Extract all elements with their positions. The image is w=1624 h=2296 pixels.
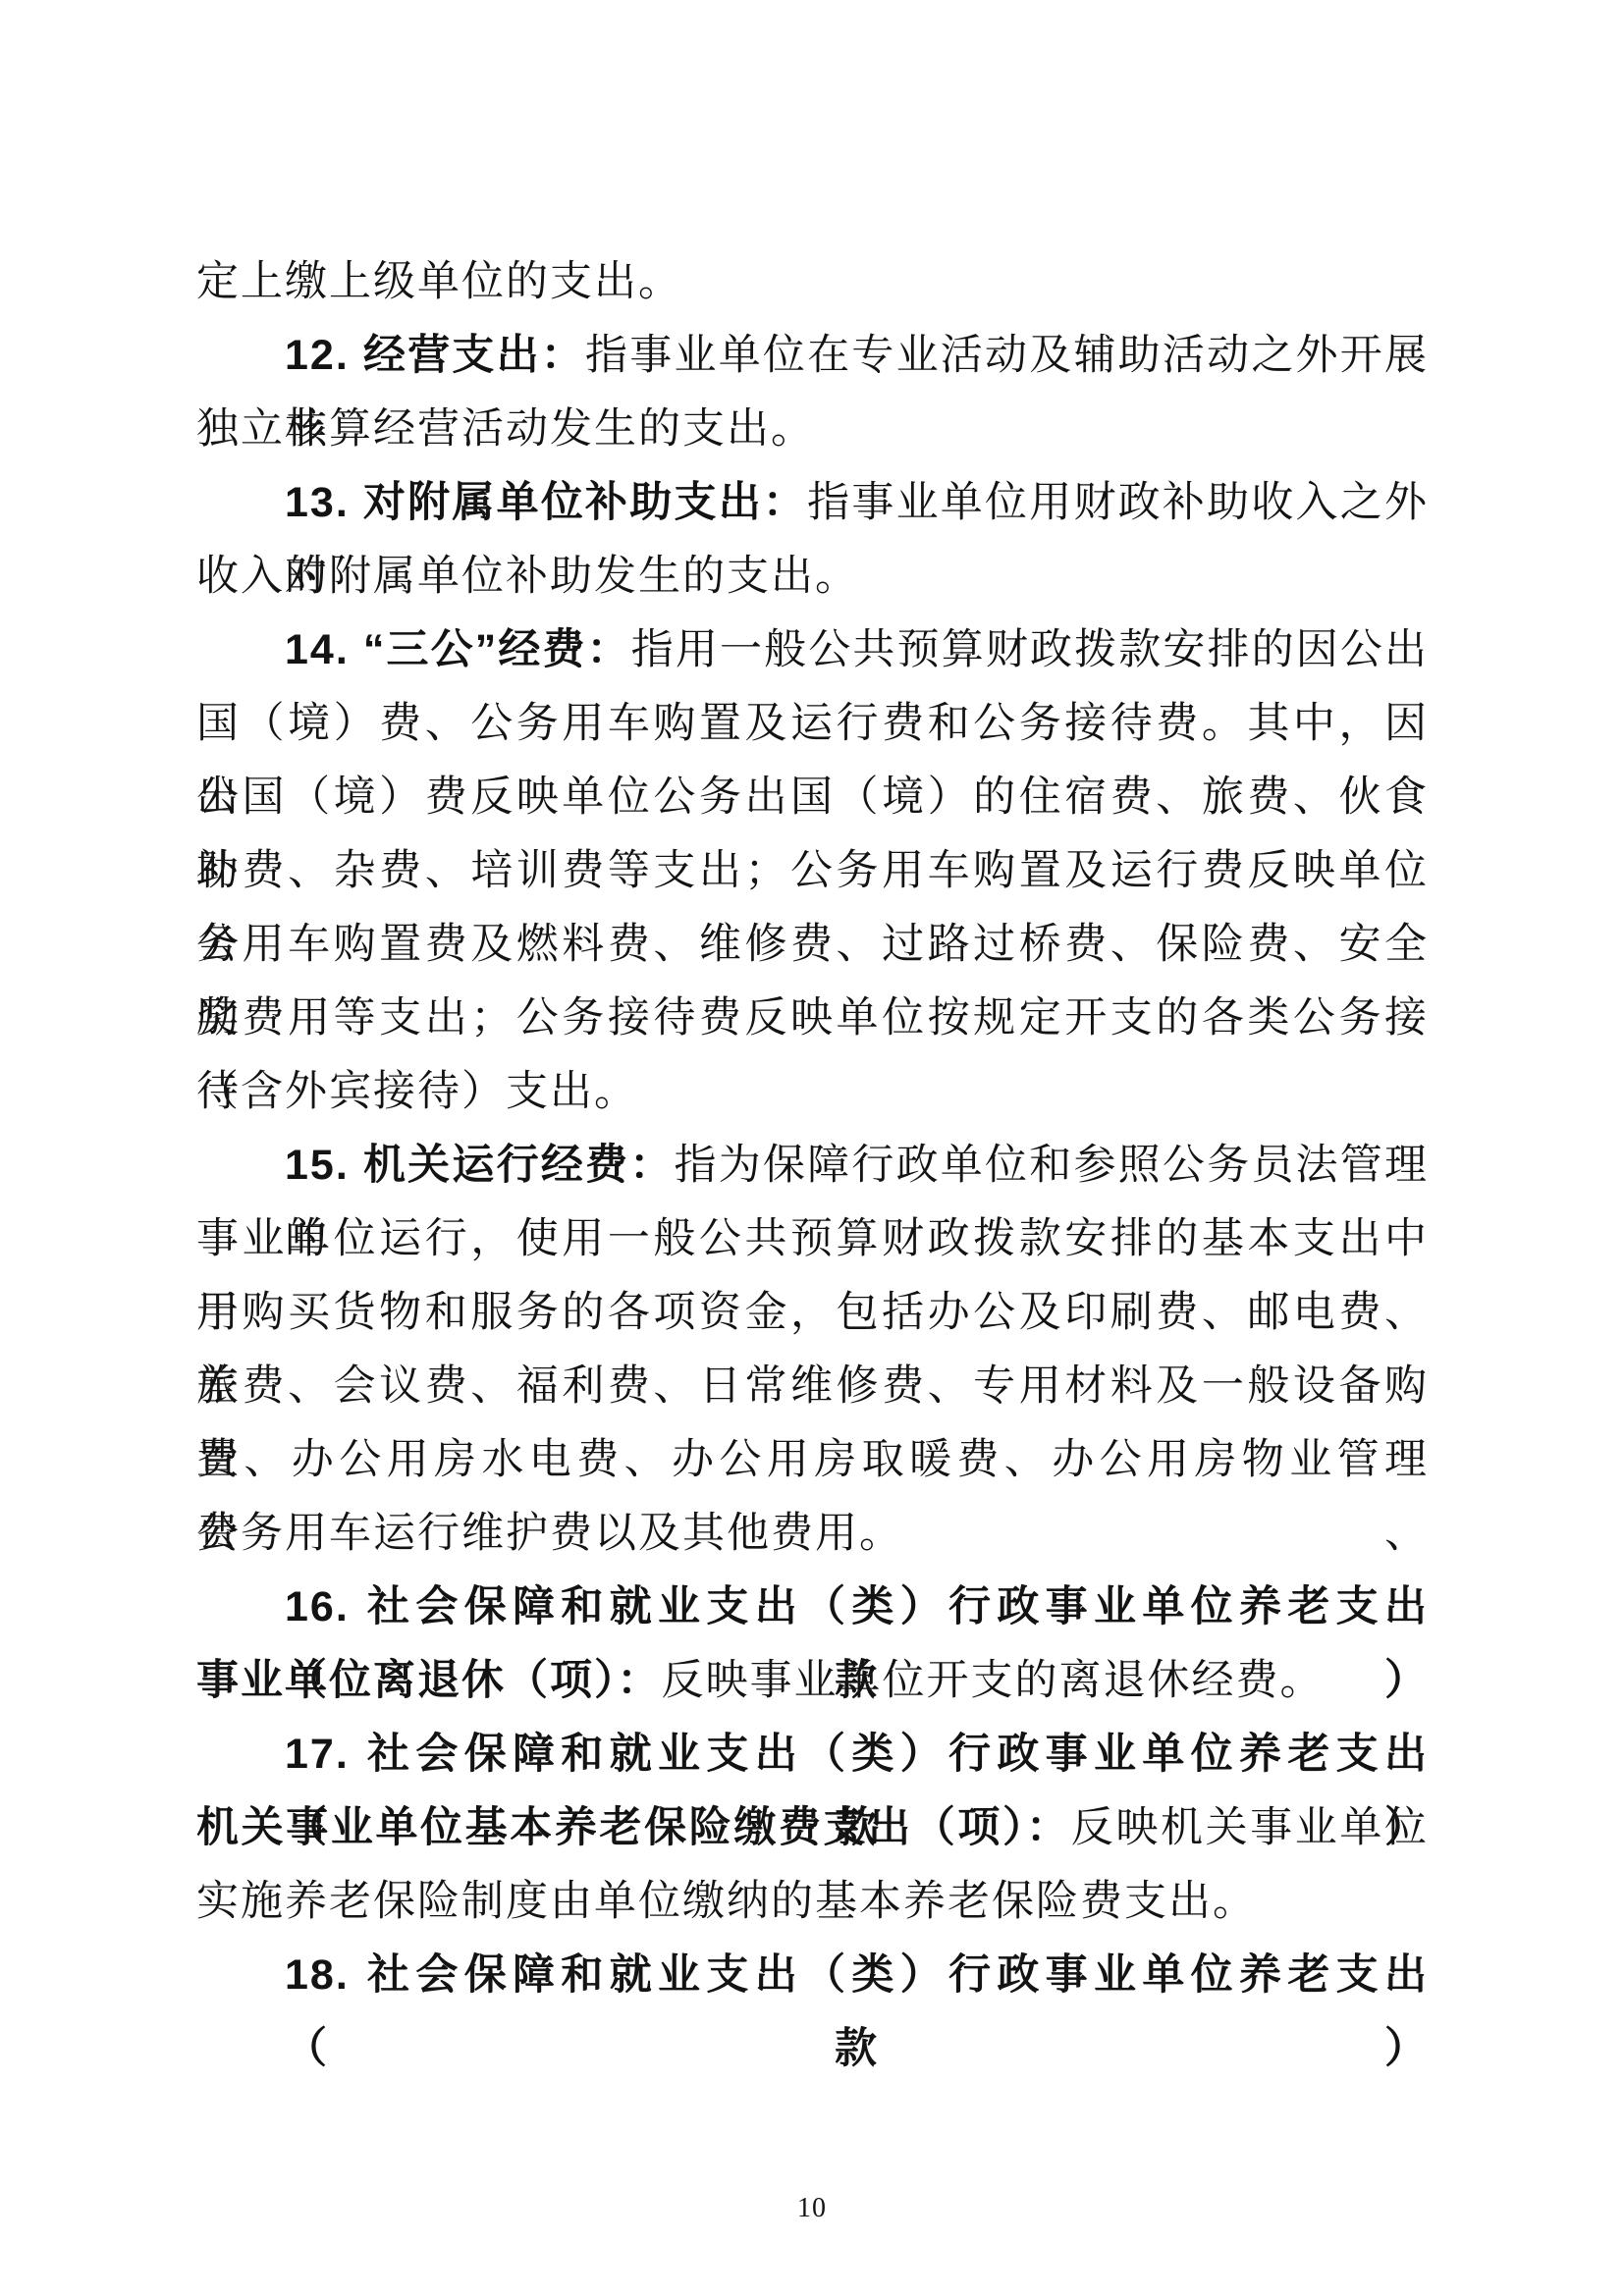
text-line: 助费、杂费、培训费等支出；公务用车购置及运行费反映单位公 — [196, 834, 1429, 908]
text-line: 机关事业单位基本养老保险缴费支出（项）：反映机关事业单位 — [196, 1791, 1429, 1865]
text-line: 旅费、会议费、福利费、日常维修费、专用材料及一般设备购置 — [196, 1350, 1429, 1423]
body-text: 收入对附属单位补助发生的支出。 — [196, 554, 859, 600]
text-line: 务用车购置费及燃料费、维修费、过路过桥费、保险费、安全奖 — [196, 908, 1429, 982]
text-line: 实施养老保险制度由单位缴纳的基本养老保险费支出。 — [196, 1865, 1429, 1939]
text-line: 16. 社会保障和就业支出（类）行政事业单位养老支出（款） — [196, 1571, 1429, 1644]
body-text: 指用一般公共预算财政拨款安排的因公出 — [631, 627, 1429, 673]
body-text: 定上缴上级单位的支出。 — [196, 259, 682, 305]
term-heading-text: 18. 社会保障和就业支出（类）行政事业单位养老支出（款） — [285, 1951, 1429, 2072]
body-text: 反映事业单位开支的离退休经费。 — [662, 1658, 1325, 1704]
text-block: 定上缴上级单位的支出。12. 经营支出：指事业单位在专业活动及辅助活动之外开展非… — [196, 245, 1429, 2012]
text-line: 励费用等支出；公务接待费反映单位按规定开支的各类公务接待 — [196, 982, 1429, 1055]
text-line: 事业单位运行，使用一般公共预算财政拨款安排的基本支出中用 — [196, 1202, 1429, 1276]
body-text: 反映机关事业单位 — [1071, 1805, 1429, 1851]
text-line: 14. “三公”经费：指用一般公共预算财政拨款安排的因公出 — [196, 614, 1429, 687]
text-line: 定上缴上级单位的支出。 — [196, 245, 1429, 319]
text-line: 于购买货物和服务的各项资金，包括办公及印刷费、邮电费、差 — [196, 1276, 1429, 1350]
body-text: 实施养老保险制度由单位缴纳的基本养老保险费支出。 — [196, 1879, 1257, 1925]
document-page: 定上缴上级单位的支出。12. 经营支出：指事业单位在专业活动及辅助活动之外开展非… — [0, 0, 1624, 2296]
term-heading-text: 12. 经营支出： — [285, 332, 585, 379]
text-line: 出国（境）费反映单位公务出国（境）的住宿费、旅费、伙食补 — [196, 761, 1429, 834]
page-number: 10 — [797, 2193, 827, 2223]
term-heading-text: 15. 机关运行经费： — [285, 1142, 674, 1189]
text-line: 收入对附属单位补助发生的支出。 — [196, 540, 1429, 614]
body-text: （含外宾接待）支出。 — [196, 1069, 638, 1115]
text-line: 18. 社会保障和就业支出（类）行政事业单位养老支出（款） — [196, 1939, 1429, 2012]
body-text: 独立核算经营活动发生的支出。 — [196, 406, 815, 453]
text-line: 独立核算经营活动发生的支出。 — [196, 393, 1429, 466]
text-line: 15. 机关运行经费：指为保障行政单位和参照公务员法管理的 — [196, 1129, 1429, 1202]
text-line: 费、办公用房水电费、办公用房取暖费、办公用房物业管理费、 — [196, 1423, 1429, 1497]
text-line: 国（境）费、公务用车购置及运行费和公务接待费。其中，因公 — [196, 687, 1429, 761]
text-line: 13. 对附属单位补助支出：指事业单位用财政补助收入之外的 — [196, 466, 1429, 540]
page-footer: 10 — [0, 2193, 1624, 2224]
term-heading-text: 14. “三公”经费： — [285, 626, 631, 673]
text-line: 12. 经营支出：指事业单位在专业活动及辅助活动之外开展非 — [196, 319, 1429, 393]
text-line: 事业单位离退休（项）：反映事业单位开支的离退休经费。 — [196, 1644, 1429, 1718]
text-line: 17. 社会保障和就业支出（类）行政事业单位养老支出（款） — [196, 1718, 1429, 1791]
term-heading-text: 事业单位离退休（项）： — [196, 1657, 662, 1704]
body-text: 公务用车运行维护费以及其他费用。 — [196, 1511, 903, 1557]
term-heading-text: 13. 对附属单位补助支出： — [285, 479, 807, 526]
text-line: （含外宾接待）支出。 — [196, 1055, 1429, 1129]
term-heading-text: 机关事业单位基本养老保险缴费支出（项）： — [196, 1804, 1071, 1851]
